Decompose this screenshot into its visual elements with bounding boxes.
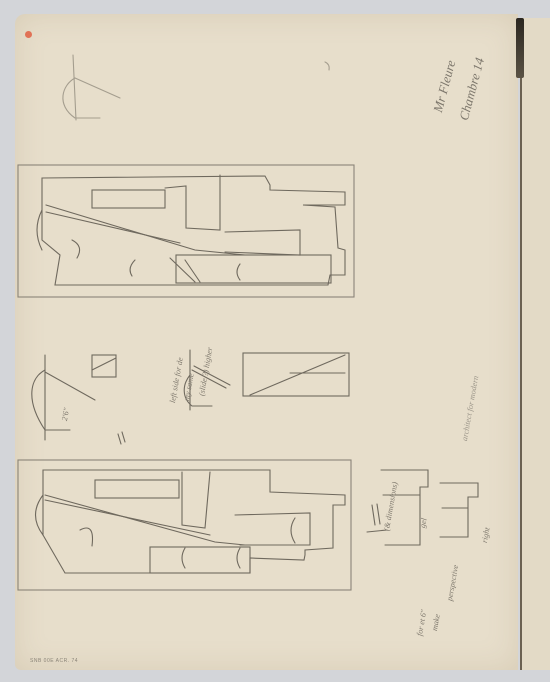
right-side-sketches — [367, 470, 478, 545]
top-composition — [18, 165, 354, 297]
bottom-composition — [18, 460, 351, 590]
archive-stamp: SNB 00E ACR. 74 — [30, 658, 78, 664]
corner-sketch — [63, 55, 329, 120]
label-gel: gel — [418, 517, 429, 528]
